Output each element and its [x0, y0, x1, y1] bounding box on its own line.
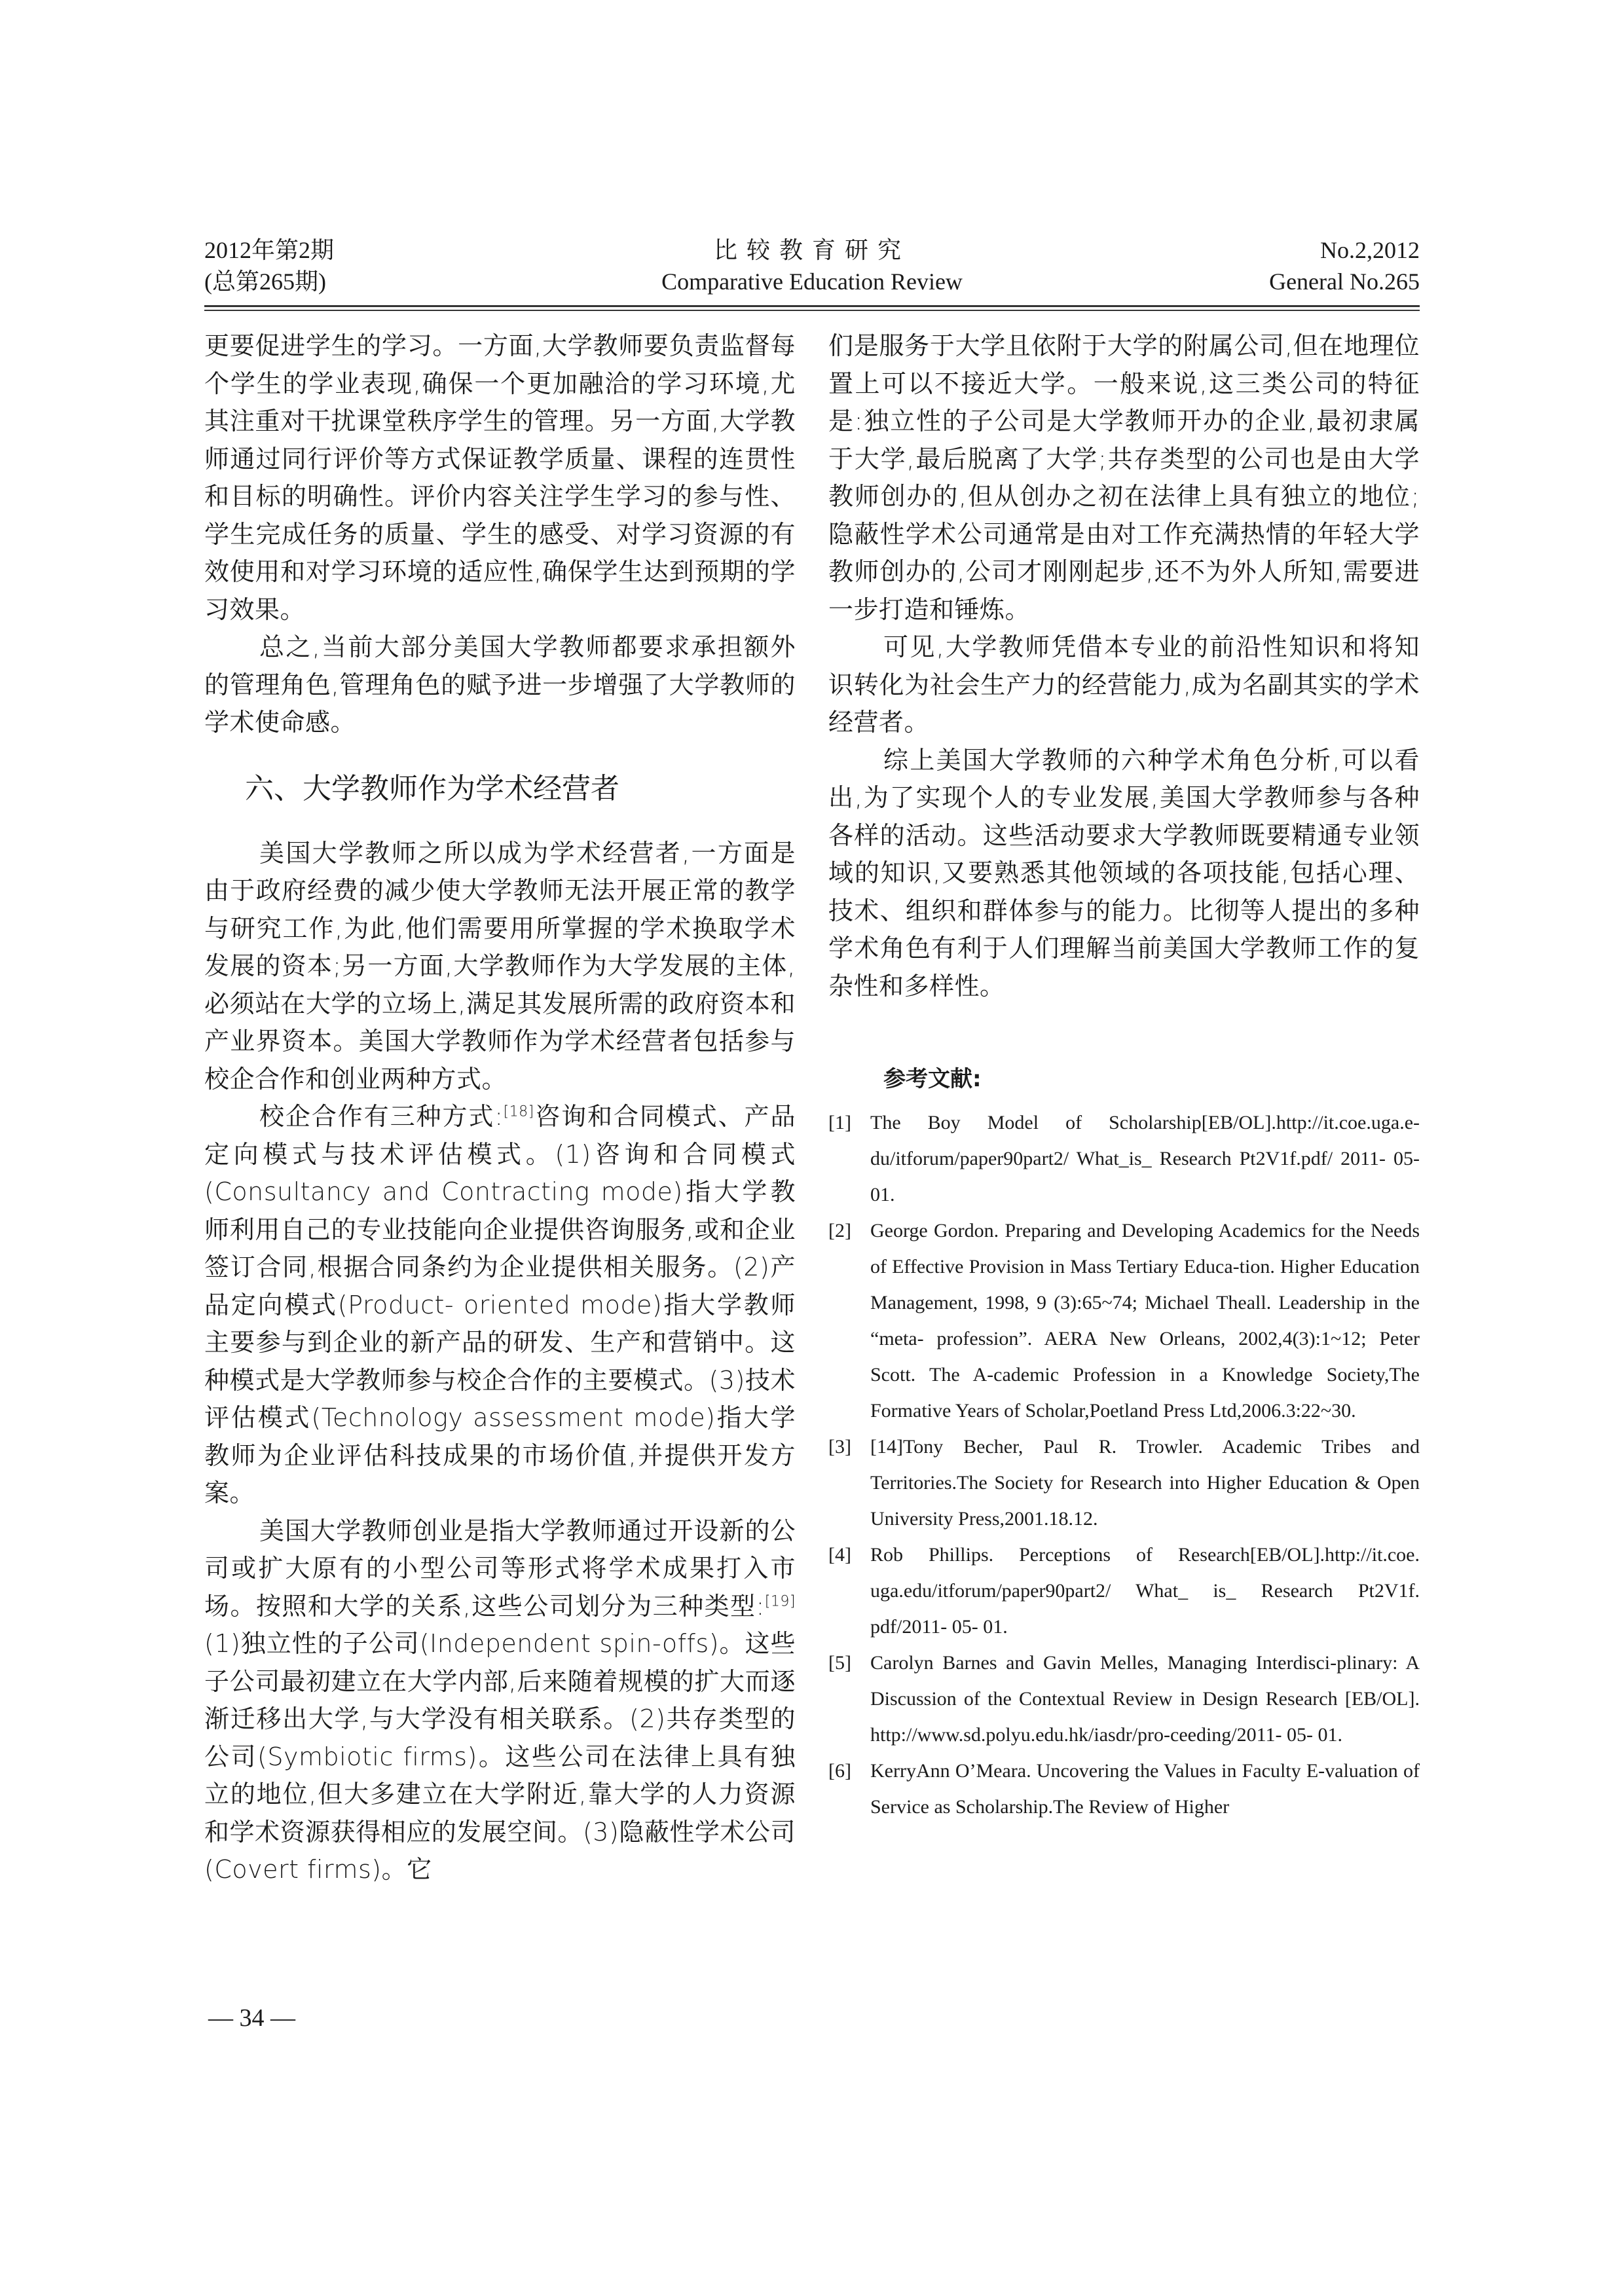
paragraph: 可见,大学教师凭借本专业的前沿性知识和将知识转化为社会生产力的经营能力,成为名副…: [828, 629, 1420, 742]
citation-superscript: [19]: [765, 1593, 796, 1609]
reference-text: George Gordon. Preparing and Developing …: [870, 1220, 1420, 1422]
reference-text: Carolyn Barnes and Gavin Melles, Managin…: [870, 1652, 1420, 1746]
issue-info-english: No.2,2012 General No.265: [1269, 234, 1420, 297]
reference-text: KerryAnn O’Meara. Uncovering the Values …: [870, 1760, 1420, 1818]
reference-number: [3]: [828, 1429, 851, 1465]
paragraph-text: (1)独立性的子公司(Independent spin-offs)。这些子公司最…: [204, 1629, 796, 1884]
reference-item: [2]George Gordon. Preparing and Developi…: [828, 1213, 1420, 1429]
journal-title: 比较教育研究 Comparative Education Review: [204, 234, 1420, 297]
journal-title-chinese: 比较教育研究: [204, 234, 1420, 266]
reference-number: [5]: [828, 1645, 851, 1681]
reference-text: Rob Phillips. Perceptions of Research[EB…: [870, 1544, 1420, 1638]
reference-item: [4]Rob Phillips. Perceptions of Research…: [828, 1537, 1420, 1645]
reference-text: [14]Tony Becher, Paul R. Trowler. Academ…: [870, 1436, 1420, 1530]
paragraph-text: 校企合作有三种方式:: [259, 1102, 504, 1131]
paragraph: 总之,当前大部分美国大学教师都要求承担额外的管理角色,管理角色的赋予进一步增强了…: [204, 629, 796, 742]
citation-superscript: [18]: [504, 1103, 534, 1120]
section-heading: 六、大学教师作为学术经营者: [245, 769, 796, 809]
reference-text: The Boy Model of Scholarship[EB/OL].http…: [870, 1112, 1420, 1205]
reference-number: [1]: [828, 1105, 851, 1141]
reference-item: [3][14]Tony Becher, Paul R. Trowler. Aca…: [828, 1429, 1420, 1537]
reference-number: [4]: [828, 1537, 851, 1573]
reference-item: [1]The Boy Model of Scholarship[EB/OL].h…: [828, 1105, 1420, 1213]
paragraph: 美国大学教师创业是指大学教师通过开设新的公司或扩大原有的小型公司等形式将学术成果…: [204, 1513, 796, 1889]
paragraph: 综上美国大学教师的六种学术角色分析,可以看出,为了实现个人的专业发展,美国大学教…: [828, 742, 1420, 1006]
paragraph-text: 美国大学教师创业是指大学教师通过开设新的公司或扩大原有的小型公司等形式将学术成果…: [204, 1516, 796, 1621]
reference-number: [6]: [828, 1753, 851, 1789]
page-number: — 34 —: [208, 2004, 295, 2032]
reference-item: [6]KerryAnn O’Meara. Uncovering the Valu…: [828, 1753, 1420, 1825]
paragraph: 们是服务于大学且依附于大学的附属公司,但在地理位置上可以不接近大学。一般来说,这…: [828, 327, 1420, 629]
right-column: 们是服务于大学且依附于大学的附属公司,但在地理位置上可以不接近大学。一般来说,这…: [828, 327, 1420, 1825]
running-header: 2012年第2期 (总第265期) 比较教育研究 Comparative Edu…: [204, 234, 1420, 300]
reference-item: [5]Carolyn Barnes and Gavin Melles, Mana…: [828, 1645, 1420, 1753]
header-double-rule: [204, 305, 1420, 311]
reference-list: [1]The Boy Model of Scholarship[EB/OL].h…: [828, 1105, 1420, 1825]
reference-number: [2]: [828, 1213, 851, 1249]
paragraph: 更要促进学生的学习。一方面,大学教师要负责监督每个学生的学业表现,确保一个更加融…: [204, 327, 796, 629]
issue-number-english: No.2,2012: [1269, 234, 1420, 266]
paragraph-text: 咨询和合同模式、产品定向模式与技术评估模式。(1)咨询和合同模式(Consult…: [204, 1102, 796, 1507]
paragraph: 校企合作有三种方式:[18]咨询和合同模式、产品定向模式与技术评估模式。(1)咨…: [204, 1098, 796, 1513]
journal-title-english: Comparative Education Review: [204, 266, 1420, 297]
left-column: 更要促进学生的学习。一方面,大学教师要负责监督每个学生的学业表现,确保一个更加融…: [204, 327, 796, 1889]
general-number-english: General No.265: [1269, 266, 1420, 297]
paragraph: 美国大学教师之所以成为学术经营者,一方面是由于政府经费的减少使大学教师无法开展正…: [204, 835, 796, 1099]
references-heading: 参考文献:: [883, 1063, 1420, 1095]
